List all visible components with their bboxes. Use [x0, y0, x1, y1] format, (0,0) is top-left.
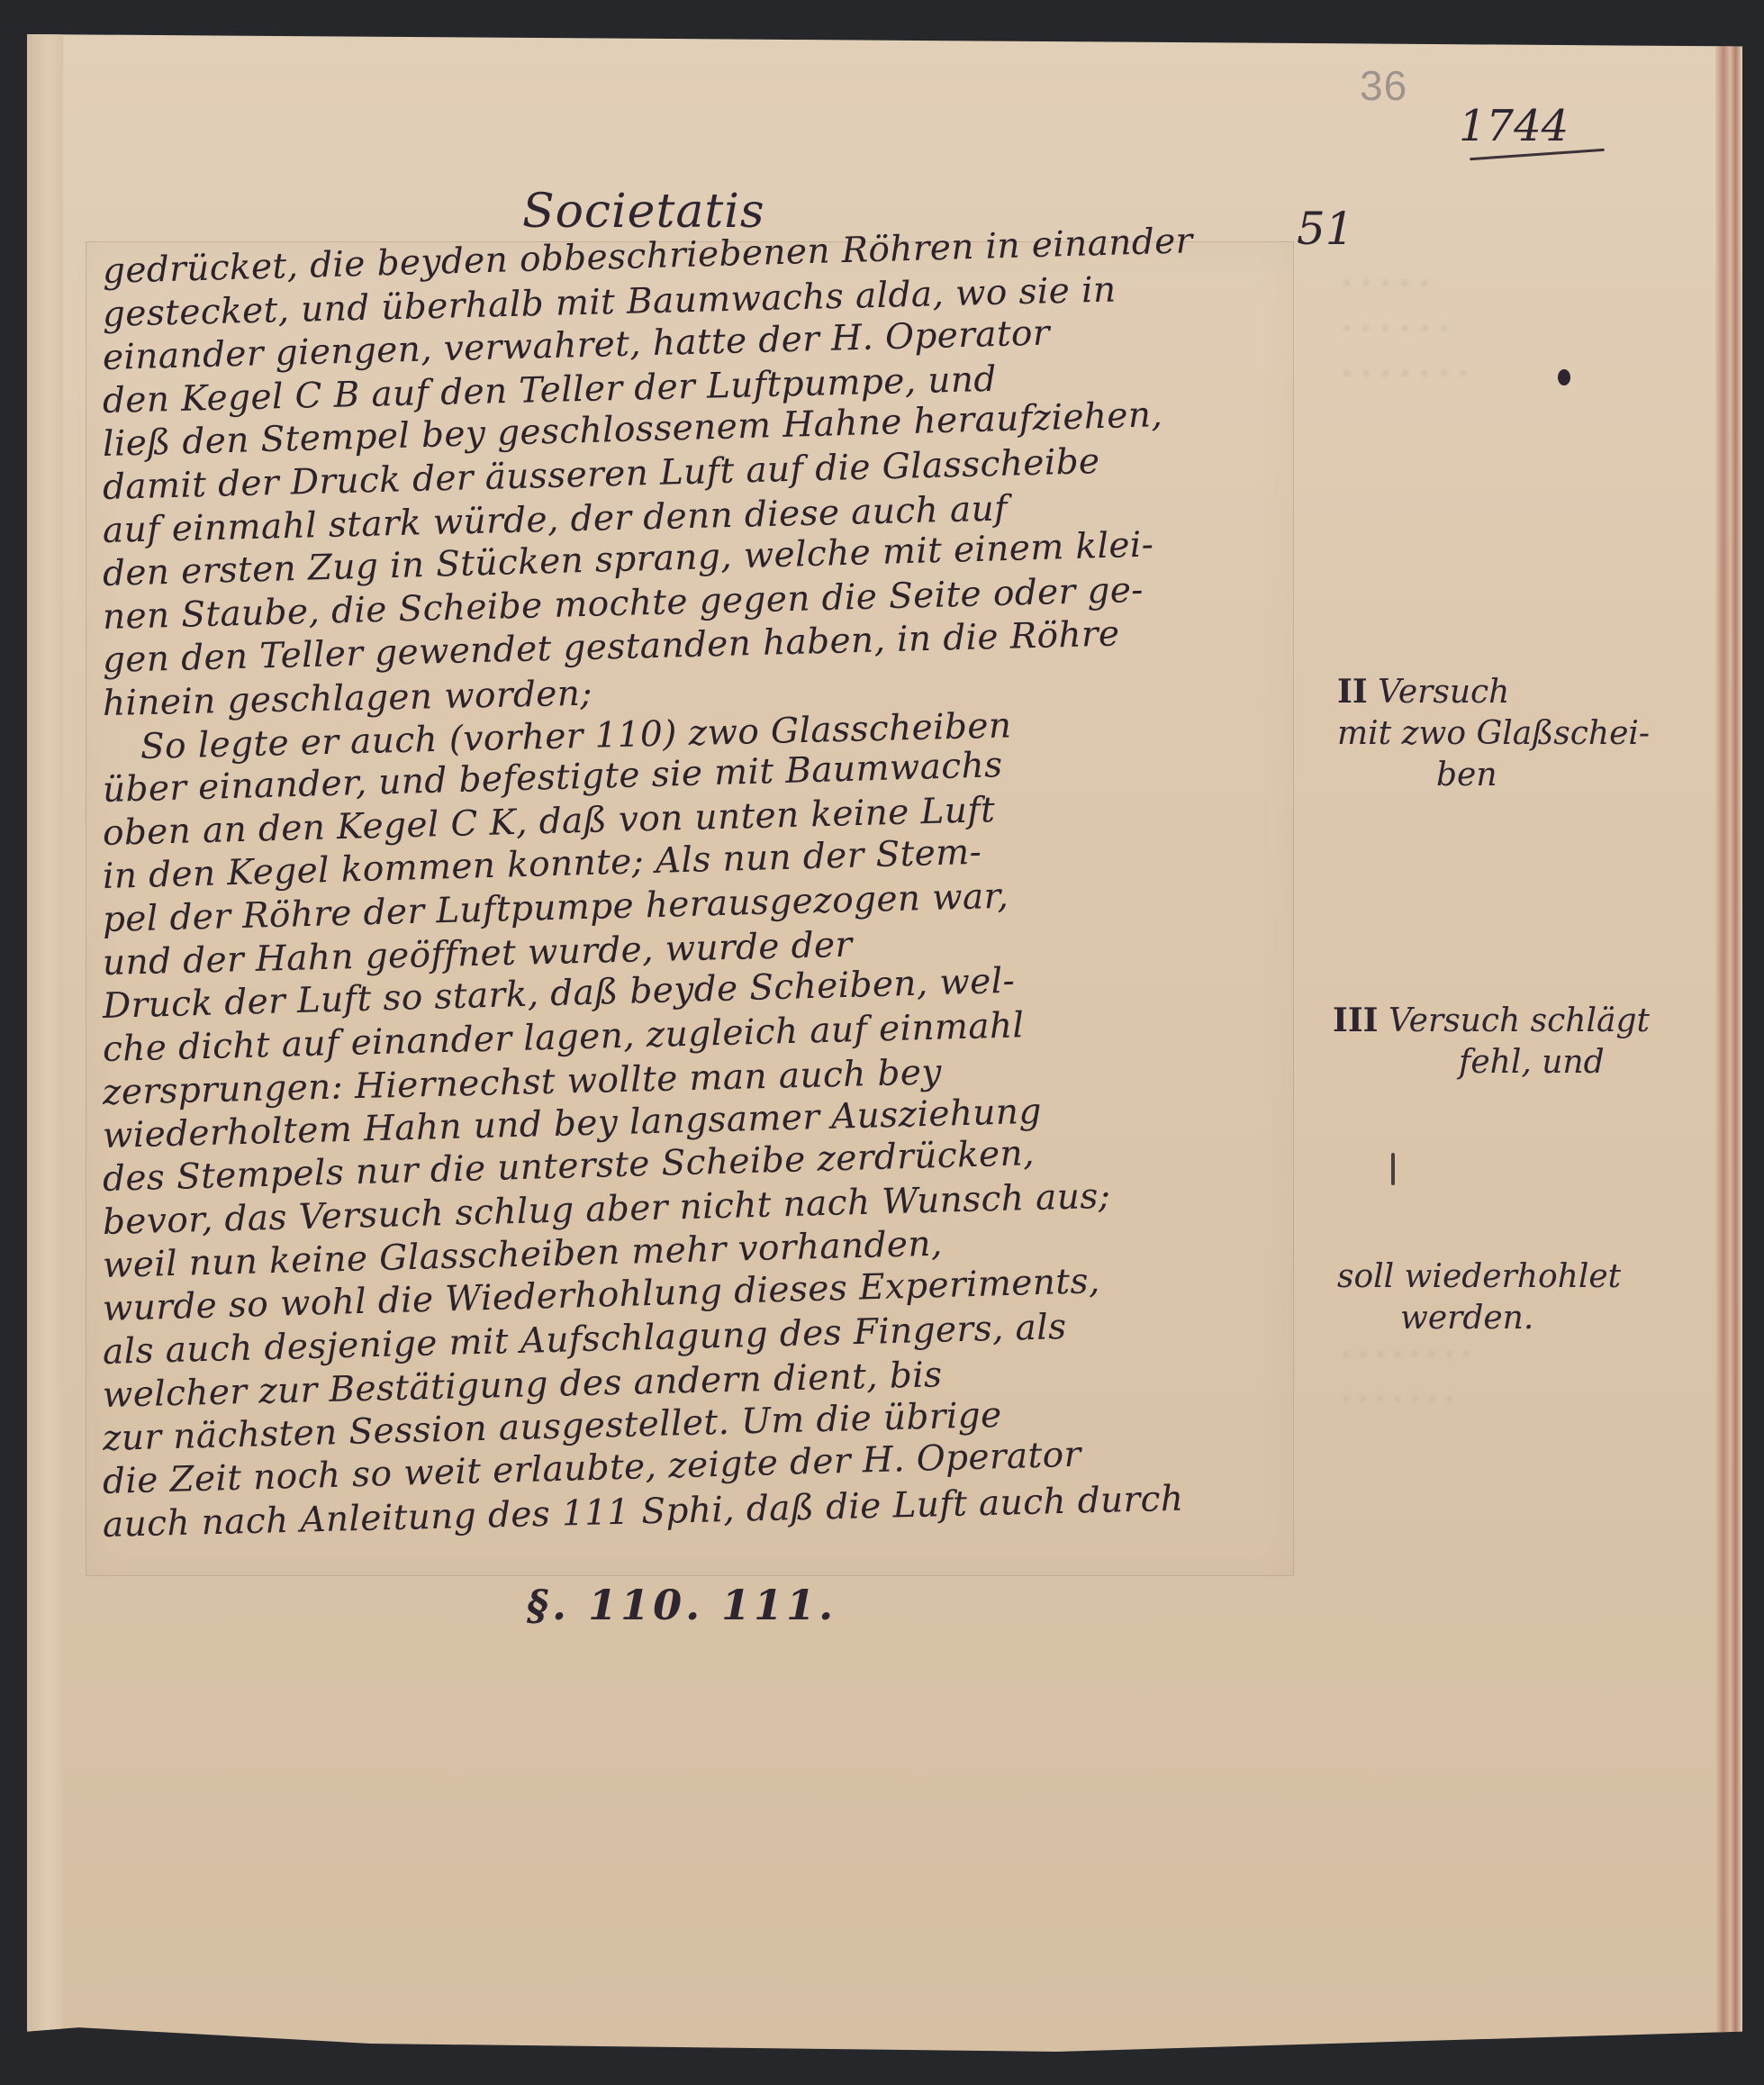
margin-note-line: soll wiederhohlet	[1337, 1256, 1621, 1298]
roman-numeral: III	[1333, 1002, 1379, 1039]
running-head: Societatis	[522, 185, 765, 239]
margin-note-line: Versuch schlägt	[1389, 1002, 1650, 1039]
show-through-text: · · · · ·· · · · · ·· · · · · · ·	[1342, 261, 1469, 396]
page-gutter	[27, 34, 63, 2052]
margin-note-versuch-3: III Versuch schlägt fehl, und	[1333, 1000, 1650, 1083]
year-annotation: 1744	[1459, 101, 1569, 151]
margin-note-wiederholt: soll wiederhohlet werden.	[1337, 1256, 1621, 1339]
page-number: 51	[1297, 203, 1354, 255]
margin-mark	[1391, 1153, 1395, 1185]
margin-note-versuch-2: II Versuch mit zwo Glaßschei- ben	[1337, 671, 1650, 796]
margin-note-line: fehl, und	[1333, 1042, 1650, 1083]
margin-note-line: werden.	[1337, 1298, 1621, 1339]
main-text-block: gedrücket, die beyden obbeschriebenen Rö…	[86, 241, 1294, 1576]
folio-number-pencil: 36	[1360, 61, 1407, 110]
section-reference: §. 110. 111.	[527, 1581, 837, 1629]
show-through-text: · · · · · · · ·· · · · · · ·	[1342, 1333, 1470, 1423]
margin-note-line: mit zwo Glaßschei-	[1337, 713, 1650, 755]
ink-blot	[1558, 369, 1570, 385]
page-fore-edge	[1715, 34, 1742, 2052]
roman-numeral: II	[1337, 673, 1368, 711]
margin-note-line: ben	[1337, 755, 1650, 796]
margin-note-line: Versuch	[1378, 674, 1509, 711]
